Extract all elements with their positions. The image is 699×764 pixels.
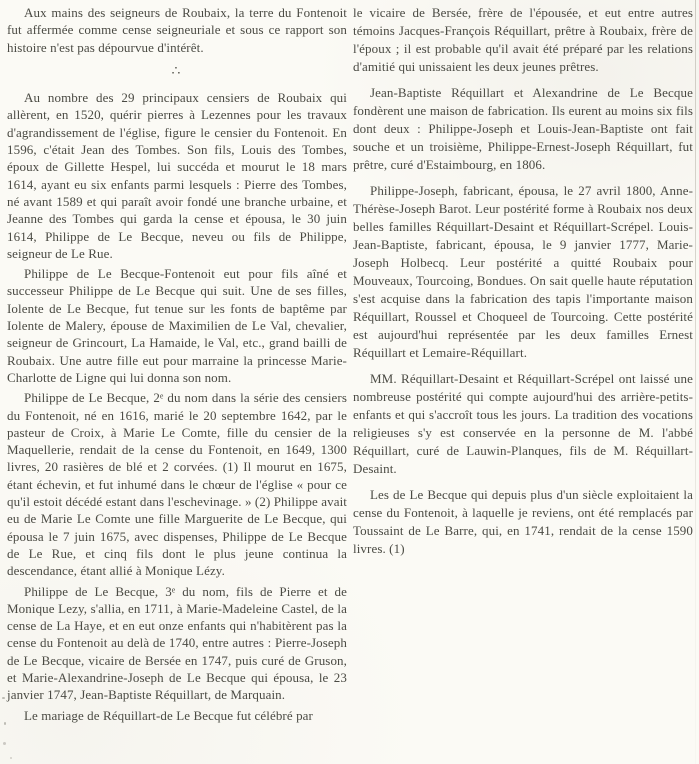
paragraph: Aux mains des seigneurs de Roubaix, la t… — [7, 4, 347, 56]
asterism-divider: ∴ — [7, 63, 347, 80]
scan-speckle — [3, 742, 6, 745]
paragraph: Philippe de Le Becque, 2ᵉ du nom dans la… — [7, 389, 347, 579]
paragraph: Au nombre des 29 principaux censiers de … — [7, 89, 347, 262]
scan-speckle — [2, 697, 5, 699]
paragraph: Jean-Baptiste Réquillart et Alexandrine … — [353, 84, 693, 174]
paragraph: Philippe-Joseph, fabricant, épousa, le 2… — [353, 182, 693, 362]
page-edge-line — [695, 0, 696, 764]
paragraph: Philippe de Le Becque-Fontenoit eut pour… — [7, 265, 347, 386]
paragraph: Le mariage de Réquillart-de Le Becque fu… — [7, 707, 347, 724]
scan-speckle — [4, 722, 6, 725]
left-column: Aux mains des seigneurs de Roubaix, la t… — [7, 4, 347, 727]
scan-speckle — [10, 757, 12, 759]
paragraph: MM. Réquillart-Desaint et Réquillart-Scr… — [353, 370, 693, 478]
paragraph: Philippe de Le Becque, 3ᵉ du nom, fils d… — [7, 583, 347, 704]
paragraph: Les de Le Becque qui depuis plus d'un si… — [353, 486, 693, 558]
right-column: le vicaire de Bersée, frère de l'épousée… — [353, 4, 693, 566]
paragraph: le vicaire de Bersée, frère de l'épousée… — [353, 4, 693, 76]
scanned-page: Aux mains des seigneurs de Roubaix, la t… — [0, 0, 699, 764]
